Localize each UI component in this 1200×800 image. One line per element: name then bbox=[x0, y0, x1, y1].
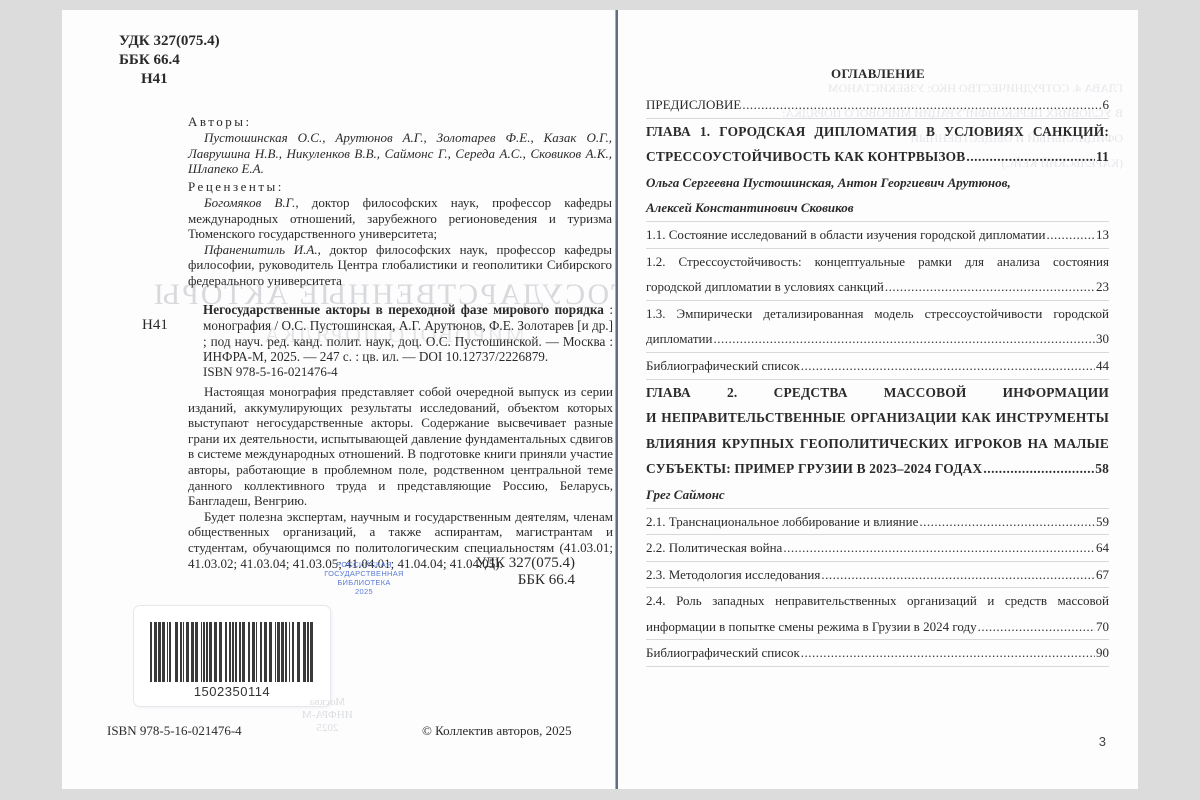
catalog-header: УДК 327(075.4) ББК 66.4 Н41 bbox=[119, 32, 220, 89]
toc-entry-text: ГЛАВА 1. ГОРОДСКАЯ ДИПЛОМАТИЯ В УСЛОВИЯХ… bbox=[646, 124, 1109, 139]
author-mark: Н41 bbox=[119, 70, 220, 89]
toc-line: 1.2. Стрессоустойчивость: концептуальные… bbox=[646, 249, 1109, 275]
toc-page-number: 59 bbox=[1096, 509, 1109, 535]
dot-leader bbox=[1046, 222, 1095, 248]
toc-line: ПРЕДИСЛОВИЕ6 bbox=[646, 92, 1109, 118]
toc-line: 2.4. Роль западных неправительственных о… bbox=[646, 588, 1109, 614]
toc-chapter[interactable]: ГЛАВА 1. ГОРОДСКАЯ ДИПЛОМАТИЯ В УСЛОВИЯХ… bbox=[646, 119, 1109, 221]
toc-line: СУБЪЕКТЫ: ПРИМЕР ГРУЗИИ В 2023–2024 ГОДА… bbox=[646, 456, 1109, 482]
toc-section[interactable]: 1.1. Состояние исследований в области из… bbox=[646, 222, 1109, 248]
authors-list: Пустошинская О.С., Арутюнов А.Г., Золота… bbox=[188, 130, 612, 177]
bibliographic-record: Негосударственные акторы в переходной фа… bbox=[203, 302, 613, 365]
page-number: 3 bbox=[1099, 734, 1106, 749]
toc-entry-text: 2.2. Политическая война bbox=[646, 535, 782, 561]
toc-section[interactable]: Библиографический список44 bbox=[646, 353, 1109, 379]
toc-entry-text: Библиографический список bbox=[646, 640, 800, 666]
toc-entry-text: 2.1. Транснациональное лоббирование и вл… bbox=[646, 509, 918, 535]
dot-leader bbox=[742, 92, 1101, 118]
toc-page-number: 44 bbox=[1096, 353, 1109, 379]
dot-leader bbox=[966, 144, 1095, 170]
annotation: Настоящая монография представляет собой … bbox=[188, 384, 613, 571]
chapter-authors: Алексей Константинович Сковиков bbox=[646, 195, 1109, 221]
stamp-line: 2025 bbox=[324, 587, 404, 596]
barcode-sticker: 1502350114 bbox=[134, 606, 330, 706]
toc-entry-text: дипломатии bbox=[646, 326, 712, 352]
toc-chapter[interactable]: ГЛАВА 2. СРЕДСТВА МАССОВОЙ ИНФОРМАЦИИИ Н… bbox=[646, 380, 1109, 508]
isbn-top: ISBN 978-5-16-021476-4 bbox=[203, 364, 338, 380]
dot-leader bbox=[783, 535, 1095, 561]
barcode-number: 1502350114 bbox=[134, 684, 330, 699]
toc-entry-text: ПРЕДИСЛОВИЕ bbox=[646, 92, 741, 118]
stamp-line: БИБЛИОТЕКА bbox=[324, 578, 404, 587]
toc-line: ВЛИЯНИЯ КРУПНЫХ ГЕОПОЛИТИЧЕСКИХ ИГРОКОВ … bbox=[646, 431, 1109, 457]
toc-section[interactable]: 1.3. Эмпирически детализированная модель… bbox=[646, 301, 1109, 352]
stamp-line: РОССИЙСКАЯ bbox=[324, 560, 404, 569]
toc-section[interactable]: ПРЕДИСЛОВИЕ6 bbox=[646, 92, 1109, 118]
toc-line: ГЛАВА 2. СРЕДСТВА МАССОВОЙ ИНФОРМАЦИИ bbox=[646, 380, 1109, 406]
dot-leader bbox=[978, 614, 1095, 640]
toc-page-number: 70 bbox=[1096, 614, 1109, 640]
toc-entry-text: 1.2. Стрессоустойчивость: концептуальные… bbox=[646, 254, 1109, 269]
imprint-line: 2025 bbox=[302, 722, 353, 735]
toc-section[interactable]: 2.2. Политическая война64 bbox=[646, 535, 1109, 561]
toc-line: И НЕПРАВИТЕЛЬСТВЕННЫЕ ОРГАНИЗАЦИИ КАК ИН… bbox=[646, 405, 1109, 431]
reviewer-entry: Пфаненштиль И.А., доктор философских нау… bbox=[188, 242, 612, 289]
stamp-line: ГОСУДАРСТВЕННАЯ bbox=[324, 569, 404, 578]
toc-line: городской дипломатии в условиях санкций2… bbox=[646, 274, 1109, 300]
toc-entry-text: ГЛАВА 2. СРЕДСТВА МАССОВОЙ ИНФОРМАЦИИ bbox=[646, 385, 1109, 400]
toc-page-number: 6 bbox=[1103, 92, 1110, 118]
table-of-contents: ПРЕДИСЛОВИЕ6ГЛАВА 1. ГОРОДСКАЯ ДИПЛОМАТИ… bbox=[646, 92, 1109, 667]
toc-page-number: 90 bbox=[1096, 640, 1109, 666]
toc-line: СТРЕССОУСТОЙЧИВОСТЬ КАК КОНТРВЫЗОВ11 bbox=[646, 144, 1109, 170]
chapter-authors: Грег Саймонс bbox=[646, 482, 1109, 508]
imprint-line: Москва bbox=[302, 696, 353, 709]
dot-leader bbox=[801, 353, 1095, 379]
dot-leader bbox=[885, 274, 1095, 300]
toc-page-number: 23 bbox=[1096, 274, 1109, 300]
toc-entry-text: городской дипломатии в условиях санкций bbox=[646, 274, 884, 300]
toc-line: Библиографический список44 bbox=[646, 353, 1109, 379]
toc-page-number: 58 bbox=[1095, 456, 1109, 482]
toc-section[interactable]: Библиографический список90 bbox=[646, 640, 1109, 666]
reviewers-label: Рецензенты: bbox=[188, 178, 612, 195]
toc-section[interactable]: 2.4. Роль западных неправительственных о… bbox=[646, 588, 1109, 639]
toc-page-number: 64 bbox=[1096, 535, 1109, 561]
toc-section[interactable]: 2.3. Методология исследования67 bbox=[646, 562, 1109, 588]
toc-entry-text: И НЕПРАВИТЕЛЬСТВЕННЫЕ ОРГАНИЗАЦИИ КАК ИН… bbox=[646, 410, 1109, 425]
book-title: Негосударственные акторы в переходной фа… bbox=[203, 302, 604, 317]
authors-block: Авторы: Пустошинская О.С., Арутюнов А.Г.… bbox=[188, 113, 612, 177]
toc-entry-text: Библиографический список bbox=[646, 353, 800, 379]
show-through-imprint: Москва ИНФРА-М 2025 bbox=[302, 696, 353, 735]
reviewer-entry: Богомяков В.Г., доктор философских наук,… bbox=[188, 195, 612, 242]
udk-code-bottom: УДК 327(075.4) bbox=[467, 555, 575, 572]
toc-section[interactable]: 2.1. Транснациональное лоббирование и вл… bbox=[646, 509, 1109, 535]
dot-leader bbox=[983, 456, 1094, 482]
toc-page-number: 30 bbox=[1096, 326, 1109, 352]
dot-leader bbox=[821, 562, 1095, 588]
toc-line: Библиографический список90 bbox=[646, 640, 1109, 666]
barcode-icon bbox=[150, 622, 316, 682]
toc-entry-text: СТРЕССОУСТОЙЧИВОСТЬ КАК КОНТРВЫЗОВ bbox=[646, 144, 965, 170]
right-page: ГЛАВА 4. СОТРУДНИЧЕСТВО НКО: УЗБЕКИСТАНО… bbox=[618, 10, 1138, 789]
imprint-line: ИНФРА-М bbox=[302, 709, 353, 722]
toc-entry-text: 1.3. Эмпирически детализированная модель… bbox=[646, 306, 1109, 321]
toc-entry-text: 1.1. Состояние исследований в области из… bbox=[646, 222, 1045, 248]
toc-line: 2.1. Транснациональное лоббирование и вл… bbox=[646, 509, 1109, 535]
reviewers-block: Рецензенты: Богомяков В.Г., доктор филос… bbox=[188, 178, 612, 289]
annotation-paragraph: Настоящая монография представляет собой … bbox=[188, 384, 613, 509]
isbn-bottom: ISBN 978-5-16-021476-4 bbox=[107, 723, 242, 739]
toc-page-number: 13 bbox=[1096, 222, 1109, 248]
copyright: © Коллектив авторов, 2025 bbox=[422, 723, 572, 739]
bbk-code: ББК 66.4 bbox=[119, 51, 220, 70]
left-page: НЕГОСУДАРСТВЕННЫЕ АКТОРЫ МИРОВОГО ПОРЯДК… bbox=[62, 10, 617, 789]
dot-leader bbox=[801, 640, 1095, 666]
toc-line: ГЛАВА 1. ГОРОДСКАЯ ДИПЛОМАТИЯ В УСЛОВИЯХ… bbox=[646, 119, 1109, 145]
toc-entry-text: ВЛИЯНИЯ КРУПНЫХ ГЕОПОЛИТИЧЕСКИХ ИГРОКОВ … bbox=[646, 436, 1109, 451]
dot-leader bbox=[919, 509, 1095, 535]
library-stamp: РОССИЙСКАЯ ГОСУДАРСТВЕННАЯ БИБЛИОТЕКА 20… bbox=[324, 560, 404, 596]
dot-leader bbox=[713, 326, 1095, 352]
toc-section[interactable]: 1.2. Стрессоустойчивость: концептуальные… bbox=[646, 249, 1109, 300]
authors-label: Авторы: bbox=[188, 113, 612, 130]
toc-page-number: 67 bbox=[1096, 562, 1109, 588]
catalog-footer: УДК 327(075.4) ББК 66.4 bbox=[467, 555, 575, 589]
udk-code: УДК 327(075.4) bbox=[119, 32, 220, 51]
toc-line: 1.3. Эмпирически детализированная модель… bbox=[646, 301, 1109, 327]
toc-line: дипломатии30 bbox=[646, 326, 1109, 352]
reviewer-name: Пфаненштиль И.А. bbox=[204, 242, 318, 257]
toc-entry-text: 2.4. Роль западных неправительственных о… bbox=[646, 593, 1109, 608]
divider bbox=[646, 666, 1109, 667]
toc-title: ОГЛАВЛЕНИЕ bbox=[618, 66, 1138, 82]
toc-line: информации в попытке смены режима в Груз… bbox=[646, 614, 1109, 640]
reviewer-name: Богомяков В.Г. bbox=[204, 195, 295, 210]
toc-entry-text: СУБЪЕКТЫ: ПРИМЕР ГРУЗИИ В 2023–2024 ГОДА… bbox=[646, 456, 982, 482]
bbk-code-bottom: ББК 66.4 bbox=[467, 572, 575, 589]
toc-line: 2.2. Политическая война64 bbox=[646, 535, 1109, 561]
toc-page-number: 11 bbox=[1096, 144, 1109, 170]
toc-line: 1.1. Состояние исследований в области из… bbox=[646, 222, 1109, 248]
toc-line: 2.3. Методология исследования67 bbox=[646, 562, 1109, 588]
toc-entry-text: 2.3. Методология исследования bbox=[646, 562, 820, 588]
toc-entry-text: информации в попытке смены режима в Груз… bbox=[646, 614, 977, 640]
chapter-authors: Ольга Сергеевна Пустошинская, Антон Геор… bbox=[646, 170, 1109, 196]
side-author-mark: Н41 bbox=[142, 317, 168, 334]
